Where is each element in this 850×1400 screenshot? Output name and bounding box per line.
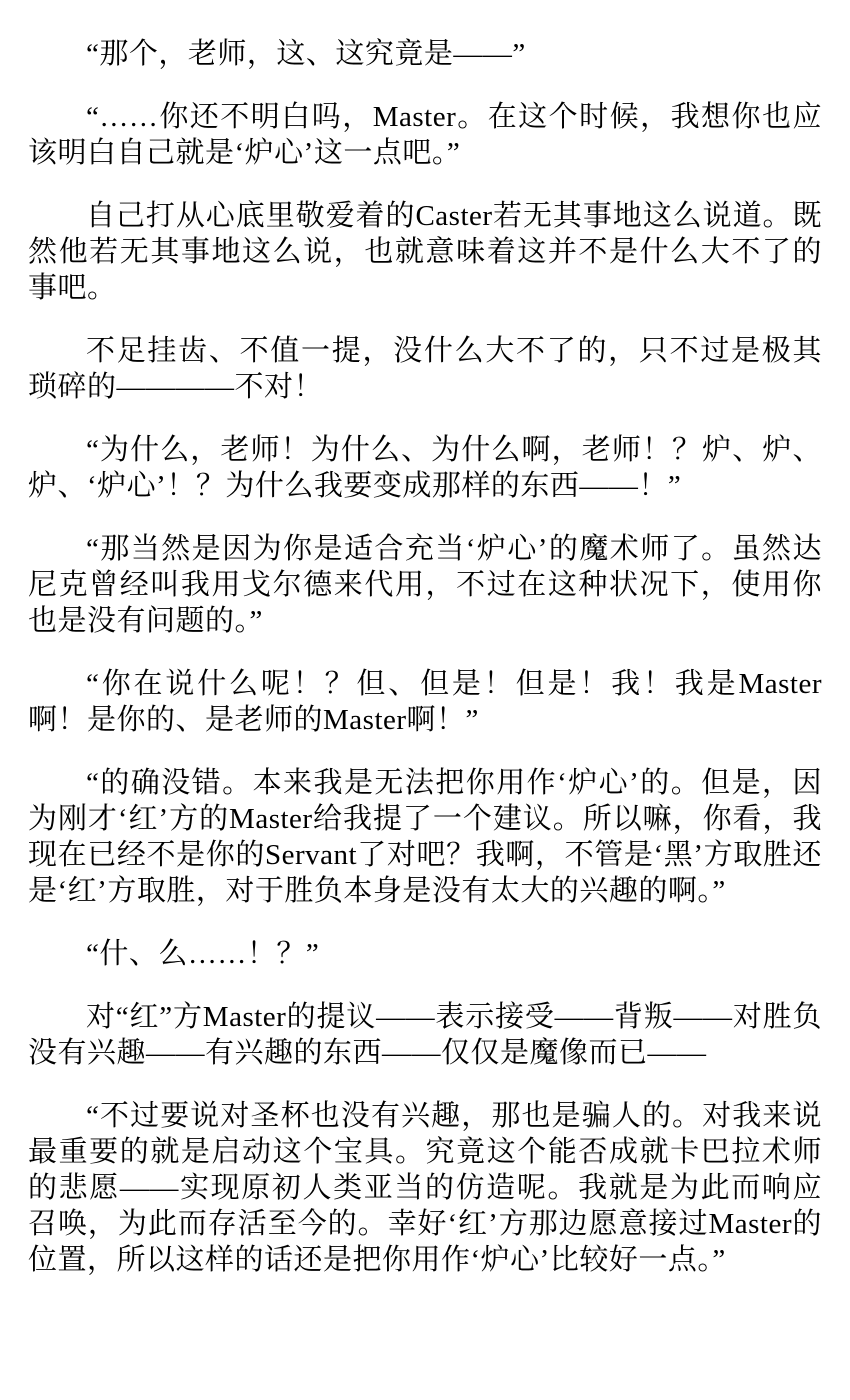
paragraph: “为什么，老师！为什么、为什么啊，老师！？炉、炉、炉、‘炉心’！？为什么我要变成… (28, 432, 822, 504)
paragraph: 对“红”方Master的提议——表示接受——背叛——对胜负没有兴趣——有兴趣的东… (28, 999, 822, 1071)
paragraph: “你在说什么呢！？但、但是！但是！我！我是Master啊！是你的、是老师的Mas… (28, 666, 822, 738)
paragraph: 不足挂齿、不值一提，没什么大不了的，只不过是极其琐碎的————不对！ (28, 333, 822, 405)
paragraph: “的确没错。本来我是无法把你用作‘炉心’的。但是，因为刚才‘红’方的Master… (28, 765, 822, 909)
paragraph: “不过要说对圣杯也没有兴趣，那也是骗人的。对我来说最重要的就是启动这个宝具。究竟… (28, 1098, 822, 1278)
paragraph: “……你还不明白吗，Master。在这个时候，我想你也应该明白自己就是‘炉心’这… (28, 99, 822, 171)
paragraph: “什、么……！？” (28, 936, 822, 972)
paragraph: “那当然是因为你是适合充当‘炉心’的魔术师了。虽然达尼克曾经叫我用戈尔德来代用，… (28, 531, 822, 639)
novel-page: “那个，老师，这、这究竟是——” “……你还不明白吗，Master。在这个时候，… (0, 0, 850, 1400)
paragraph: 自己打从心底里敬爱着的Caster若无其事地这么说道。既然他若无其事地这么说，也… (28, 198, 822, 306)
paragraph: “那个，老师，这、这究竟是——” (28, 36, 822, 72)
